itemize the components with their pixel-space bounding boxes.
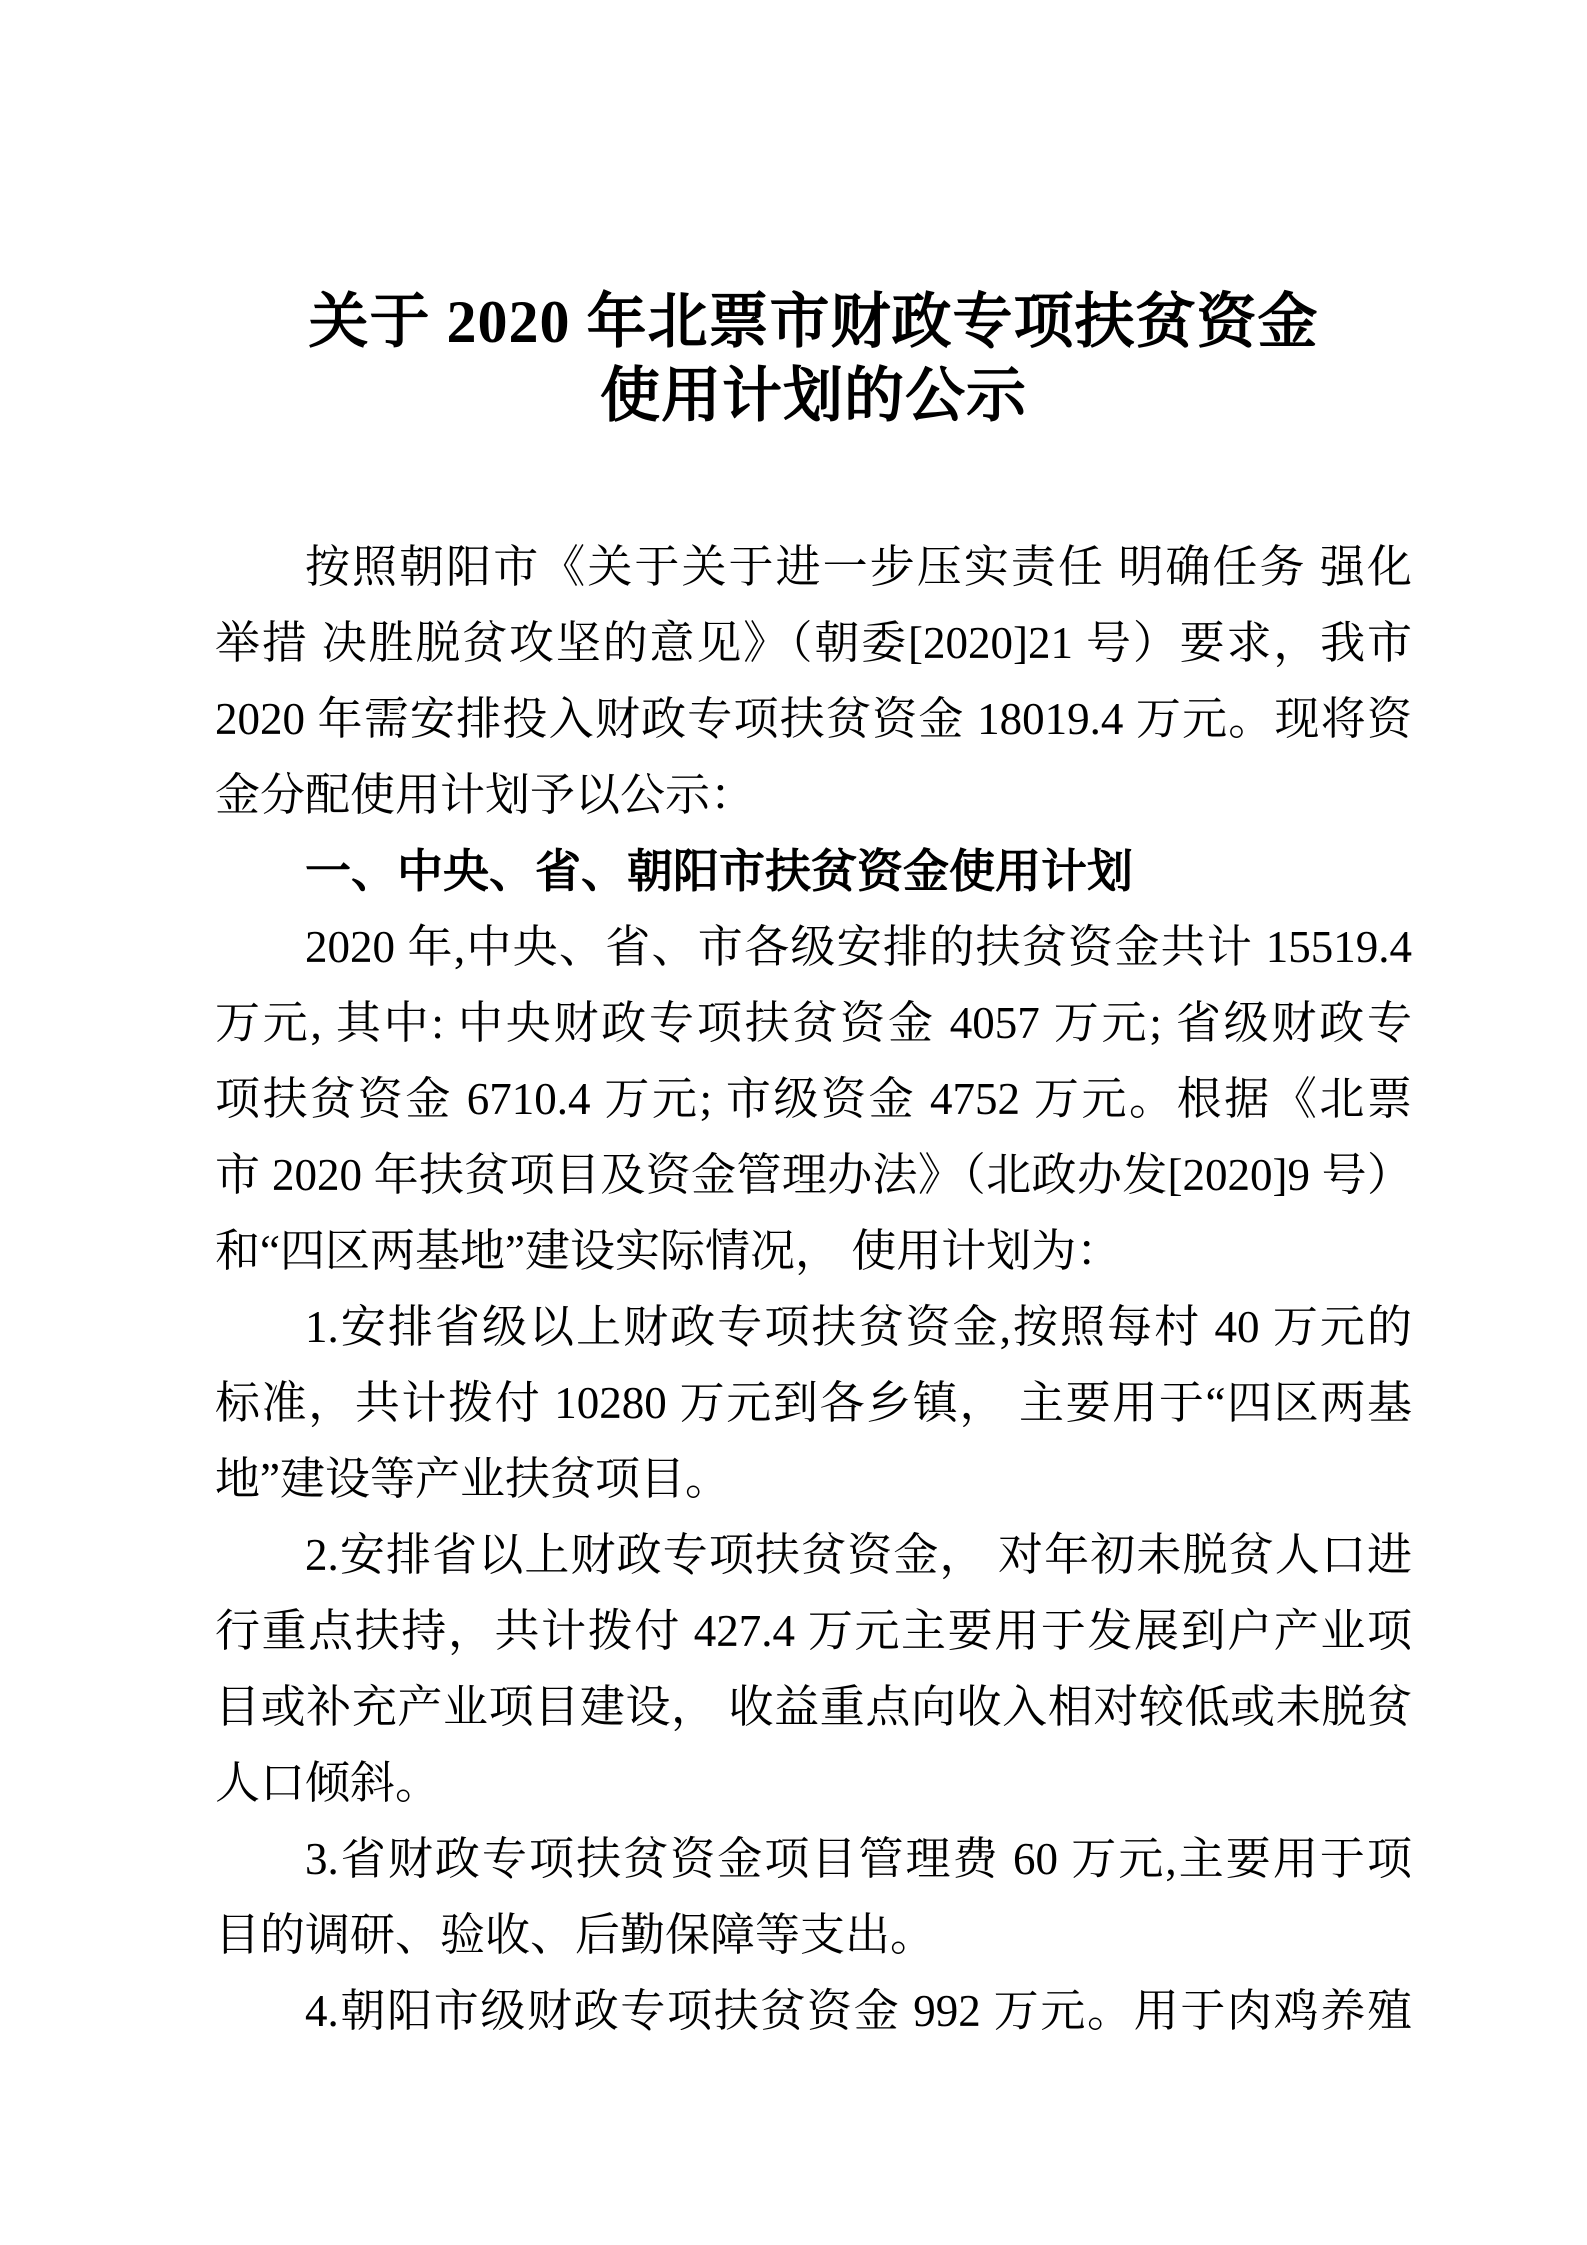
text-line: 4.朝阳市级财政专项扶贫资金 992 万元。用于肉鸡养殖	[215, 1973, 1412, 2049]
text-line: 项扶贫资金 6710.4 万元; 市级资金 4752 万元。根据《北票	[215, 1061, 1412, 1137]
text-line: 人口倾斜。	[215, 1745, 1412, 1821]
paragraph-intro: 按照朝阳市《关于关于进一步压实责任 明确任务 强化 举措 决胜脱贫攻坚的意见》（…	[215, 529, 1412, 833]
text-line: 2.安排省以上财政专项扶贫资金， 对年初未脱贫人口进	[215, 1517, 1412, 1593]
text-line: 和“四区两基地”建设实际情况， 使用计划为：	[215, 1213, 1412, 1289]
text-line: 行重点扶持，共计拨付 427.4 万元主要用于发展到户产业项	[215, 1593, 1412, 1669]
list-item-4: 4.朝阳市级财政专项扶贫资金 992 万元。用于肉鸡养殖	[215, 1973, 1412, 2049]
text-line: 万元, 其中: 中央财政专项扶贫资金 4057 万元; 省级财政专	[215, 985, 1412, 1061]
document-title-line-1: 关于 2020 年北票市财政专项扶贫资金	[215, 285, 1412, 359]
paragraph-fund-summary: 2020 年,中央、省、市各级安排的扶贫资金共计 15519.4 万元, 其中:…	[215, 909, 1412, 1289]
text-line: 1.安排省级以上财政专项扶贫资金,按照每村 40 万元的	[215, 1289, 1412, 1365]
text-line: 目或补充产业项目建设， 收益重点向收入相对较低或未脱贫	[215, 1669, 1412, 1745]
text-line: 地”建设等产业扶贫项目。	[215, 1441, 1412, 1517]
document-title-line-2: 使用计划的公示	[215, 359, 1412, 433]
document-body: 按照朝阳市《关于关于进一步压实责任 明确任务 强化 举措 决胜脱贫攻坚的意见》（…	[215, 529, 1412, 2049]
text-line: 标准，共计拨付 10280 万元到各乡镇， 主要用于“四区两基	[215, 1365, 1412, 1441]
text-line: 目的调研、验收、后勤保障等支出。	[215, 1897, 1412, 1973]
text-line: 2020 年,中央、省、市各级安排的扶贫资金共计 15519.4	[215, 909, 1412, 985]
section-heading-1: 一、中央、省、朝阳市扶贫资金使用计划	[215, 833, 1412, 909]
text-line: 按照朝阳市《关于关于进一步压实责任 明确任务 强化	[215, 529, 1412, 605]
text-line: 3.省财政专项扶贫资金项目管理费 60 万元,主要用于项	[215, 1821, 1412, 1897]
document-content: 关于 2020 年北票市财政专项扶贫资金 使用计划的公示 按照朝阳市《关于关于进…	[215, 285, 1412, 2049]
text-line: 金分配使用计划予以公示：	[215, 757, 1412, 833]
text-line: 2020 年需安排投入财政专项扶贫资金 18019.4 万元。现将资	[215, 681, 1412, 757]
list-item-3: 3.省财政专项扶贫资金项目管理费 60 万元,主要用于项 目的调研、验收、后勤保…	[215, 1821, 1412, 1973]
list-item-1: 1.安排省级以上财政专项扶贫资金,按照每村 40 万元的 标准，共计拨付 102…	[215, 1289, 1412, 1517]
document-title: 关于 2020 年北票市财政专项扶贫资金 使用计划的公示	[215, 285, 1412, 433]
document-page: 关于 2020 年北票市财政专项扶贫资金 使用计划的公示 按照朝阳市《关于关于进…	[0, 0, 1587, 2245]
text-line: 举措 决胜脱贫攻坚的意见》（朝委[2020]21 号）要求，我市	[215, 605, 1412, 681]
text-line: 市 2020 年扶贫项目及资金管理办法》（北政办发[2020]9 号）	[215, 1137, 1412, 1213]
list-item-2: 2.安排省以上财政专项扶贫资金， 对年初未脱贫人口进 行重点扶持，共计拨付 42…	[215, 1517, 1412, 1821]
